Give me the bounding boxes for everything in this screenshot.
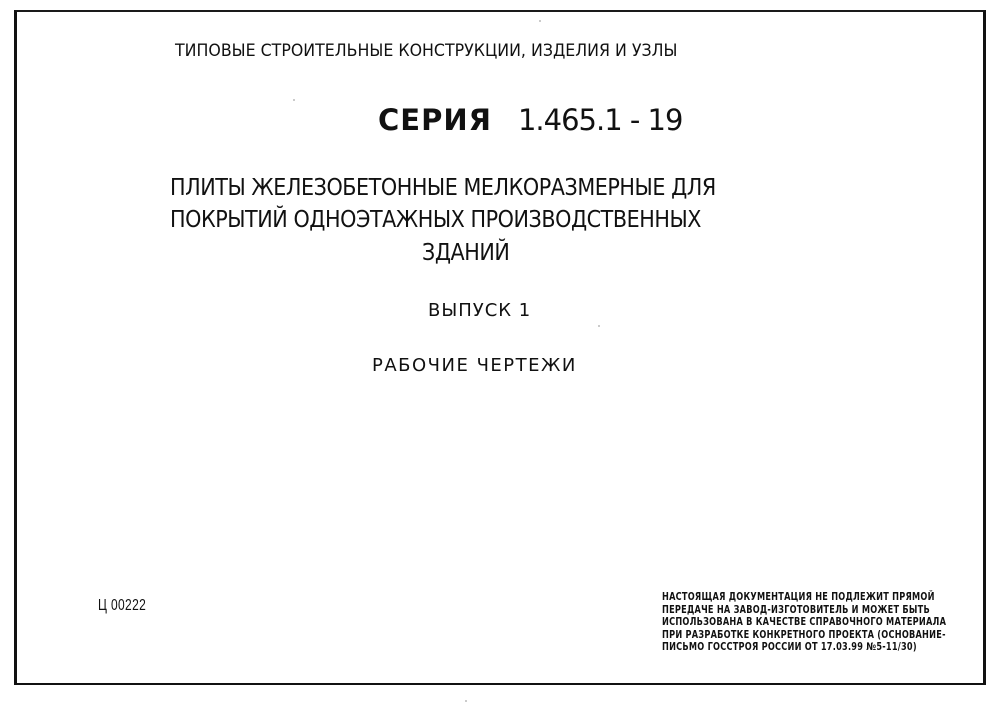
scan-speck (293, 99, 295, 101)
issue-number: ВЫПУСК 1 (428, 300, 531, 321)
series-title: СЕРИЯ1.465.1 - 19 (378, 103, 682, 137)
series-heading: ТИПОВЫЕ СТРОИТЕЛЬНЫЕ КОНСТРУКЦИИ, ИЗДЕЛИ… (175, 41, 677, 61)
scan-speck (598, 325, 600, 327)
scan-speck (465, 700, 467, 702)
series-label: СЕРИЯ (378, 103, 492, 137)
usage-notice: НАСТОЯЩАЯ ДОКУМЕНТАЦИЯ НЕ ПОДЛЕЖИТ ПРЯМО… (662, 591, 946, 654)
notice-line: НАСТОЯЩАЯ ДОКУМЕНТАЦИЯ НЕ ПОДЛЕЖИТ ПРЯМО… (662, 591, 946, 604)
inventory-code: Ц 00222 (98, 597, 146, 615)
document-title-line-1: ПЛИТЫ ЖЕЛЕЗОБЕТОННЫЕ МЕЛКОРАЗМЕРНЫЕ ДЛЯ (170, 175, 716, 201)
notice-line: ПЕРЕДАЧЕ НА ЗАВОД-ИЗГОТОВИТЕЛЬ И МОЖЕТ Б… (662, 604, 946, 617)
notice-line: ИСПОЛЬЗОВАНА В КАЧЕСТВЕ СПРАВОЧНОГО МАТЕ… (662, 616, 946, 629)
scan-speck (539, 20, 541, 22)
notice-line: ПРИ РАЗРАБОТКЕ КОНКРЕТНОГО ПРОЕКТА (ОСНО… (662, 629, 946, 642)
notice-line: ПИСЬМО ГОССТРОЯ РОССИИ ОТ 17.03.99 №5-11… (662, 641, 946, 654)
document-subtitle: РАБОЧИЕ ЧЕРТЕЖИ (372, 355, 577, 376)
document-title-line-3: ЗДАНИЙ (422, 240, 509, 266)
document-title-line-2: ПОКРЫТИЙ ОДНОЭТАЖНЫХ ПРОИЗВОДСТВЕННЫХ (170, 207, 701, 233)
series-number: 1.465.1 - 19 (518, 103, 683, 137)
